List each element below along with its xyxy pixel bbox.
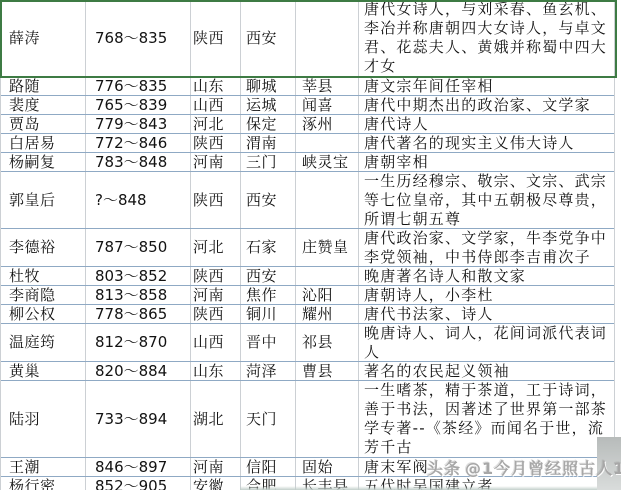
cell-city[interactable]: 合肥 [241, 477, 296, 490]
table-row: 温庭筠812～870山西晋中祁县晚唐诗人、词人，花间词派代表词人 [1, 324, 614, 362]
cell-city[interactable]: 运城 [241, 96, 296, 114]
cell-county[interactable]: 庄赞皇 [296, 229, 359, 266]
cell-desc[interactable]: 晚唐著名诗人和散文家 [359, 267, 614, 285]
cell-years[interactable]: 779～843 [86, 115, 191, 133]
cell-years[interactable]: ?～848 [86, 172, 191, 228]
table-row: 路随776～835山东聊城莘县唐文宗年间任宰相 [1, 77, 614, 96]
cell-name[interactable]: 杨嗣复 [1, 153, 86, 171]
cell-years[interactable]: 765～839 [86, 96, 191, 114]
cell-years[interactable]: 787～850 [86, 229, 191, 266]
cell-name[interactable]: 李德裕 [1, 229, 86, 266]
cell-desc[interactable]: 唐代中期杰出的政治家、文学家 [359, 96, 614, 114]
cell-desc[interactable]: 唐朝宰相 [359, 153, 614, 171]
spreadsheet-viewport: 薛涛768～835陕西西安唐代女诗人，与刘采春、鱼玄机、李冶并称唐朝四大女诗人，… [0, 0, 621, 490]
cell-county[interactable] [296, 0, 359, 76]
cell-city[interactable]: 菏泽 [241, 362, 296, 380]
cell-desc[interactable]: 唐文宗年间任宰相 [359, 77, 614, 95]
cell-name[interactable]: 温庭筠 [1, 324, 86, 361]
cell-city[interactable]: 石家 [241, 229, 296, 266]
cell-city[interactable]: 三门 [241, 153, 296, 171]
cell-county[interactable]: 祁县 [296, 324, 359, 361]
table-row: 杜牧803～852陕西西安晚唐著名诗人和散文家 [1, 267, 614, 286]
cell-city[interactable]: 西安 [241, 267, 296, 285]
cell-name[interactable]: 王潮 [1, 458, 86, 476]
cell-city[interactable]: 铜川 [241, 305, 296, 323]
cell-desc[interactable]: 著名的农民起义领袖 [359, 362, 614, 380]
cell-county[interactable] [296, 172, 359, 228]
cell-province[interactable]: 湖北 [191, 381, 241, 457]
table-row: 薛涛768～835陕西西安唐代女诗人，与刘采春、鱼玄机、李冶并称唐朝四大女诗人，… [1, 0, 614, 77]
cell-years[interactable]: 776～835 [86, 77, 191, 95]
cell-name[interactable]: 路随 [1, 77, 86, 95]
poets-table: 薛涛768～835陕西西安唐代女诗人，与刘采春、鱼玄机、李冶并称唐朝四大女诗人，… [0, 0, 615, 490]
table-row: 黄巢820～884山东菏泽曹县著名的农民起义领袖 [1, 362, 614, 381]
cell-desc[interactable]: 一生嗜茶，精于茶道，工于诗词，善于书法，因著述了世界第一部茶学专著--《茶经》而… [359, 381, 614, 457]
table-row: 贾岛779～843河北保定涿州唐代诗人 [1, 115, 614, 134]
cell-province[interactable]: 河南 [191, 286, 241, 304]
cell-desc[interactable]: 晚唐诗人、词人，花间词派代表词人 [359, 324, 614, 361]
cell-city[interactable]: 信阳 [241, 458, 296, 476]
cell-county[interactable]: 曹县 [296, 362, 359, 380]
cell-city[interactable]: 保定 [241, 115, 296, 133]
cell-desc[interactable]: 唐代政治家、文学家，牛李党争中李党领袖，中书侍郎李吉甫次子 [359, 229, 614, 266]
cell-city[interactable]: 西安 [241, 0, 296, 76]
cell-name[interactable]: 柳公权 [1, 305, 86, 323]
cell-years[interactable]: 846～897 [86, 458, 191, 476]
watermark-handle: @1今月曾经照古人1 [465, 459, 621, 478]
cell-desc[interactable]: 一生历经穆宗、敬宗、文宗、武宗等七位皇帝，其中五朝极尽尊贵，所谓七朝五尊 [359, 172, 614, 228]
cell-name[interactable]: 郭皇后 [1, 172, 86, 228]
cell-province[interactable]: 陕西 [191, 172, 241, 228]
table-row: 李商隐813～858河南焦作沁阳唐朝诗人，小李杜 [1, 286, 614, 305]
cell-city[interactable]: 渭南 [241, 134, 296, 152]
cell-name[interactable]: 薛涛 [1, 0, 86, 76]
cell-county[interactable]: 涿州 [296, 115, 359, 133]
cell-name[interactable]: 白居易 [1, 134, 86, 152]
cell-county[interactable]: 峡灵宝 [296, 153, 359, 171]
cell-province[interactable]: 河北 [191, 115, 241, 133]
cell-city[interactable]: 西安 [241, 172, 296, 228]
cell-county[interactable]: 沁阳 [296, 286, 359, 304]
cell-province[interactable]: 陕西 [191, 267, 241, 285]
cell-province[interactable]: 陕西 [191, 0, 241, 76]
cell-county[interactable]: 长丰县 [296, 477, 359, 490]
table-row: 白居易772～846陕西渭南唐代著名的现实主义伟大诗人 [1, 134, 614, 153]
cell-desc[interactable]: 唐代著名的现实主义伟大诗人 [359, 134, 614, 152]
table-row: 郭皇后?～848陕西西安一生历经穆宗、敬宗、文宗、武宗等七位皇帝，其中五朝极尽尊… [1, 172, 614, 229]
cell-years[interactable]: 778～865 [86, 305, 191, 323]
cell-county[interactable] [296, 381, 359, 457]
cell-name[interactable]: 贾岛 [1, 115, 86, 133]
cell-province[interactable]: 河南 [191, 458, 241, 476]
cell-desc[interactable]: 唐朝诗人，小李杜 [359, 286, 614, 304]
cell-province[interactable]: 河南 [191, 153, 241, 171]
cell-years[interactable]: 772～846 [86, 134, 191, 152]
table-row: 陆羽733～894湖北天门一生嗜茶，精于茶道，工于诗词，善于书法，因著述了世界第… [1, 381, 614, 458]
cell-province[interactable]: 山西 [191, 96, 241, 114]
cell-name[interactable]: 杨行密 [1, 477, 86, 490]
table-row: 杨嗣复783～848河南三门峡灵宝唐朝宰相 [1, 153, 614, 172]
table-row: 李德裕787～850河北石家庄赞皇唐代政治家、文学家，牛李党争中李党领袖，中书侍… [1, 229, 614, 267]
cell-years[interactable]: 733～894 [86, 381, 191, 457]
cell-name[interactable]: 杜牧 [1, 267, 86, 285]
cell-province[interactable]: 陕西 [191, 305, 241, 323]
table-row: 柳公权778～865陕西铜川耀州唐代书法家、诗人 [1, 305, 614, 324]
cell-county[interactable]: 固始 [296, 458, 359, 476]
watermark-brand: 头条 [427, 459, 461, 478]
cell-city[interactable]: 天门 [241, 381, 296, 457]
watermark: 头条@1今月曾经照古人1 [427, 456, 621, 479]
cell-county[interactable] [296, 134, 359, 152]
cell-years[interactable]: 820～884 [86, 362, 191, 380]
cell-province[interactable]: 安徽 [191, 477, 241, 490]
cell-city[interactable]: 晋中 [241, 324, 296, 361]
cell-years[interactable]: 803～852 [86, 267, 191, 285]
cell-name[interactable]: 黄巢 [1, 362, 86, 380]
cell-city[interactable]: 焦作 [241, 286, 296, 304]
table-row: 裴度765～839山西运城闻喜唐代中期杰出的政治家、文学家 [1, 96, 614, 115]
cell-county[interactable]: 莘县 [296, 77, 359, 95]
cell-name[interactable]: 李商隐 [1, 286, 86, 304]
cell-years[interactable]: 852～905 [86, 477, 191, 490]
cell-county[interactable]: 耀州 [296, 305, 359, 323]
cell-province[interactable]: 山东 [191, 77, 241, 95]
cell-years[interactable]: 812～870 [86, 324, 191, 361]
cell-county[interactable]: 闻喜 [296, 96, 359, 114]
cell-name[interactable]: 陆羽 [1, 381, 86, 457]
cell-name[interactable]: 裴度 [1, 96, 86, 114]
cell-desc[interactable]: 唐代诗人 [359, 115, 614, 133]
cell-desc[interactable]: 唐代女诗人，与刘采春、鱼玄机、李冶并称唐朝四大女诗人，与卓文君、花蕊夫人、黄娥并… [359, 0, 614, 76]
cell-province[interactable]: 山东 [191, 362, 241, 380]
cell-desc[interactable]: 唐代书法家、诗人 [359, 305, 614, 323]
cell-province[interactable]: 陕西 [191, 134, 241, 152]
cell-province[interactable]: 河北 [191, 229, 241, 266]
cell-years[interactable]: 813～858 [86, 286, 191, 304]
cell-years[interactable]: 783～848 [86, 153, 191, 171]
cell-county[interactable] [296, 267, 359, 285]
cell-city[interactable]: 聊城 [241, 77, 296, 95]
cell-years[interactable]: 768～835 [86, 0, 191, 76]
cell-province[interactable]: 山西 [191, 324, 241, 361]
